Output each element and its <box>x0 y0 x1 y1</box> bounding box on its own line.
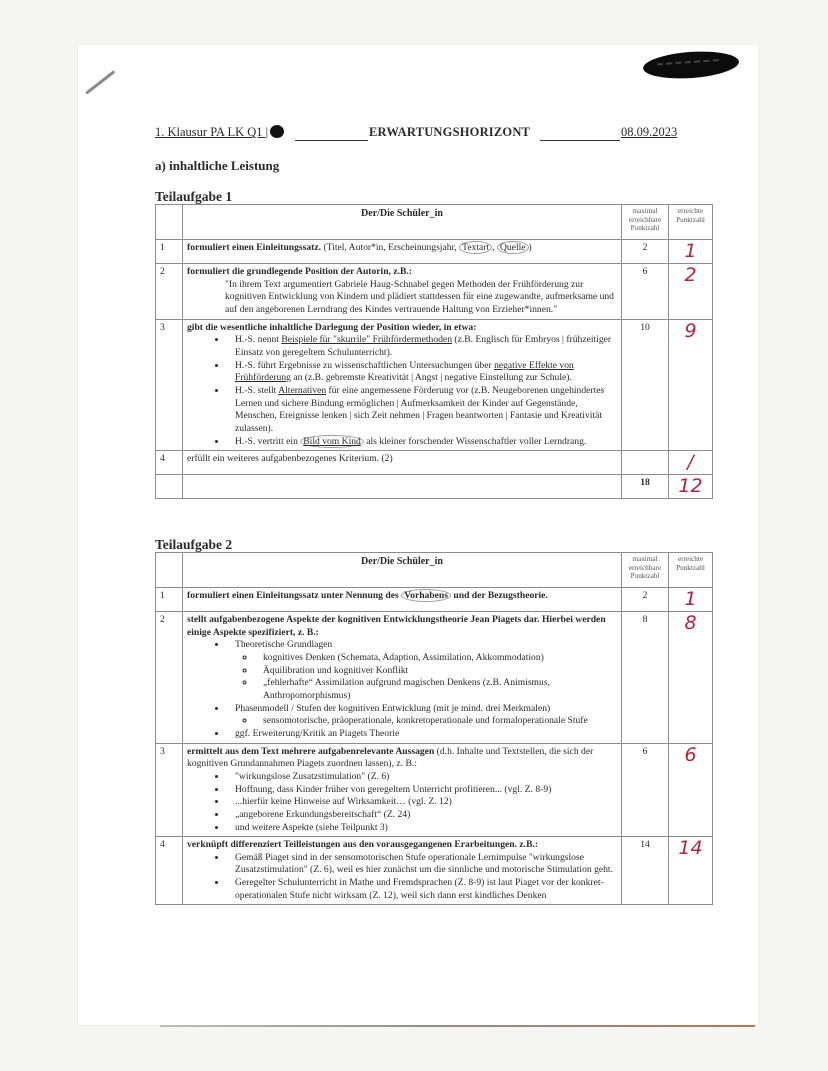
row-number: 2 <box>156 264 183 320</box>
sub-bullet-item: „fehlerhafte“ Assimilation aufgrund magi… <box>255 677 617 702</box>
table-row: 3 ermittelt aus dem Text mehrere aufgabe… <box>156 743 713 837</box>
criterion-bullets: Theoretische Grundlagen kognitives Denke… <box>187 639 617 740</box>
col-number-header <box>156 205 183 240</box>
achieved-points: 8 <box>669 612 713 744</box>
row-number: 1 <box>156 588 183 612</box>
section-title: a) inhaltliche Leistung <box>155 158 279 174</box>
header-rule <box>540 140 620 141</box>
criterion-lead: verknüpft differenziert Teilleistungen a… <box>187 839 617 852</box>
criterion-lead: stellt aufgabenbezogene Aspekte der kogn… <box>187 614 617 639</box>
max-points <box>622 451 669 475</box>
max-points: 6 <box>622 264 669 320</box>
bullet-item: H.-S. vertritt ein Bild vom Kind als kle… <box>227 436 617 449</box>
total-achieved-points: 12 <box>669 475 713 499</box>
max-points: 14 <box>622 837 669 905</box>
expected-position-quote: "In ihrem Text argumentiert Gabriele Hau… <box>187 279 617 317</box>
col-description-header: Der/Die Schüler_in <box>183 205 622 240</box>
achieved-points: 14 <box>669 837 713 905</box>
task-2-rubric-table: Der/Die Schüler_in maximal erreichbare P… <box>155 552 713 905</box>
achieved-points: / <box>669 451 713 475</box>
row-number: 1 <box>156 240 183 264</box>
bullet-item: Hoffnung, dass Kinder früher von geregel… <box>227 784 617 797</box>
criterion-bullets: Gemäß Piaget sind in der sensomotorische… <box>187 852 617 903</box>
col-achieved-points-header: erreichte Punktzahl <box>669 553 713 588</box>
total-row: 18 12 <box>156 475 713 499</box>
sub-bullets: kognitives Denken (Schemata, Adaption, A… <box>235 652 617 703</box>
table-header-row: Der/Die Schüler_in maximal erreichbare P… <box>156 205 713 240</box>
task-1-rubric-table: Der/Die Schüler_in maximal erreichbare P… <box>155 204 713 499</box>
task-1-title: Teilaufgabe 1 <box>155 189 232 205</box>
criterion-bullets: "wirkungslose Zusatzstimulation" (Z. 6) … <box>187 771 617 834</box>
criterion-text: (Titel, Autor*in, Erscheinungsjahr, <box>321 242 459 253</box>
empty-cell <box>156 475 183 499</box>
criterion-bullets: H.-S. nennt Beispiele für "skurrile" Frü… <box>187 334 617 448</box>
col-description-header: Der/Die Schüler_in <box>183 553 622 588</box>
achieved-points: 1 <box>669 240 713 264</box>
achieved-points: 9 <box>669 319 713 451</box>
table-row: 1 formuliert einen Einleitungssatz. (Tit… <box>156 240 713 264</box>
table-row: 4 verknüpft differenziert Teilleistungen… <box>156 837 713 905</box>
bullet-item: H.-S. stellt Alternativen für eine angem… <box>227 385 617 436</box>
max-points: 2 <box>622 240 669 264</box>
table-row: 2 formuliert die grundlegende Position d… <box>156 264 713 320</box>
circled-word: Vorhabens <box>401 589 451 602</box>
criterion-lead: ermittelt aus dem Text mehrere aufgabenr… <box>187 746 617 771</box>
achieved-points: 6 <box>669 743 713 837</box>
sub-bullet-item: sensomotorische, präoperationale, konkre… <box>255 715 617 728</box>
col-number-header <box>156 553 183 588</box>
row-description: formuliert einen Einleitungssatz. (Titel… <box>183 240 622 264</box>
document-date: 08.09.2023 <box>621 125 677 140</box>
max-points: 2 <box>622 588 669 612</box>
bullet-item: Gemäß Piaget sind in der sensomotorische… <box>227 852 617 877</box>
bullet-item: „angeborene Erkundungsbereitschaft“ (Z. … <box>227 809 617 822</box>
col-achieved-points-header: erreichte Punktzahl <box>669 205 713 240</box>
page-edge-shadow <box>160 1025 755 1027</box>
bullet-item: Geregelter Schulunterricht in Mathe und … <box>227 877 617 902</box>
bullet-item: und weitere Aspekte (siehe Teilpunkt 3) <box>227 822 617 835</box>
bullet-item: H.-S. nennt Beispiele für "skurrile" Frü… <box>227 334 617 359</box>
total-max-points: 18 <box>622 475 669 499</box>
circled-word: Textart <box>459 241 492 254</box>
row-number: 4 <box>156 837 183 905</box>
sub-bullets: sensomotorische, präoperationale, konkre… <box>235 715 617 728</box>
achieved-points: 1 <box>669 588 713 612</box>
bullet-item: ...hierfür keine Hinweise auf Wirksamkei… <box>227 796 617 809</box>
row-number: 2 <box>156 612 183 744</box>
row-description: formuliert die grundlegende Position der… <box>183 264 622 320</box>
table-row: 3 gibt die wesentliche inhaltliche Darle… <box>156 319 713 451</box>
row-description: ermittelt aus dem Text mehrere aufgabenr… <box>183 743 622 837</box>
sub-bullet-item: Äquilibration und kognitiver Konflikt <box>255 665 617 678</box>
max-points: 6 <box>622 743 669 837</box>
sub-bullet-item: kognitives Denken (Schemata, Adaption, A… <box>255 652 617 665</box>
row-description: gibt die wesentliche inhaltliche Darlegu… <box>183 319 622 451</box>
max-points: 8 <box>622 612 669 744</box>
criterion-lead: formuliert die grundlegende Position der… <box>187 266 617 279</box>
bullet-item: H.-S. führt Ergebnisse zu wissenschaftli… <box>227 360 617 385</box>
row-number: 3 <box>156 743 183 837</box>
table-row: 1 formuliert einen Einleitungssatz unter… <box>156 588 713 612</box>
row-number: 4 <box>156 451 183 475</box>
redaction-blot-icon <box>270 125 284 138</box>
course-label: 1. Klausur PA LK Q1 | <box>155 125 284 140</box>
table-row: 2 stellt aufgabenbezogene Aspekte der ko… <box>156 612 713 744</box>
task-2-title: Teilaufgabe 2 <box>155 537 232 553</box>
table-row: 4 erfüllt ein weiteres aufgabenbezogenes… <box>156 451 713 475</box>
max-points: 10 <box>622 319 669 451</box>
criterion-lead: formuliert einen Einleitungssatz. <box>187 242 321 253</box>
bullet-item: Phasenmodell / Stufen der kognitiven Ent… <box>227 703 617 728</box>
document-title: ERWARTUNGSHORIZONT <box>369 125 530 140</box>
bullet-item: Theoretische Grundlagen kognitives Denke… <box>227 639 617 702</box>
document-header: 1. Klausur PA LK Q1 | ERWARTUNGSHORIZONT… <box>155 125 685 143</box>
table-header-row: Der/Die Schüler_in maximal erreichbare P… <box>156 553 713 588</box>
circled-word: Bild vom Kind <box>300 435 364 448</box>
row-description: formuliert einen Einleitungssatz unter N… <box>183 588 622 612</box>
achieved-points: 2 <box>669 264 713 320</box>
row-description: stellt aufgabenbezogene Aspekte der kogn… <box>183 612 622 744</box>
bullet-item: "wirkungslose Zusatzstimulation" (Z. 6) <box>227 771 617 784</box>
row-number: 3 <box>156 319 183 451</box>
circled-word: Quelle <box>497 241 529 254</box>
bullet-item: ggf. Erweiterung/Kritik an Piagets Theor… <box>227 728 617 741</box>
criterion-end: ) <box>529 242 532 253</box>
criterion-lead: gibt die wesentliche inhaltliche Darlegu… <box>187 322 617 335</box>
row-description: verknüpft differenziert Teilleistungen a… <box>183 837 622 905</box>
row-description: erfüllt ein weiteres aufgabenbezogenes K… <box>183 451 622 475</box>
empty-cell <box>183 475 622 499</box>
col-max-points-header: maximal erreichbare Punktzahl <box>622 553 669 588</box>
header-rule <box>295 140 368 141</box>
col-max-points-header: maximal erreichbare Punktzahl <box>622 205 669 240</box>
